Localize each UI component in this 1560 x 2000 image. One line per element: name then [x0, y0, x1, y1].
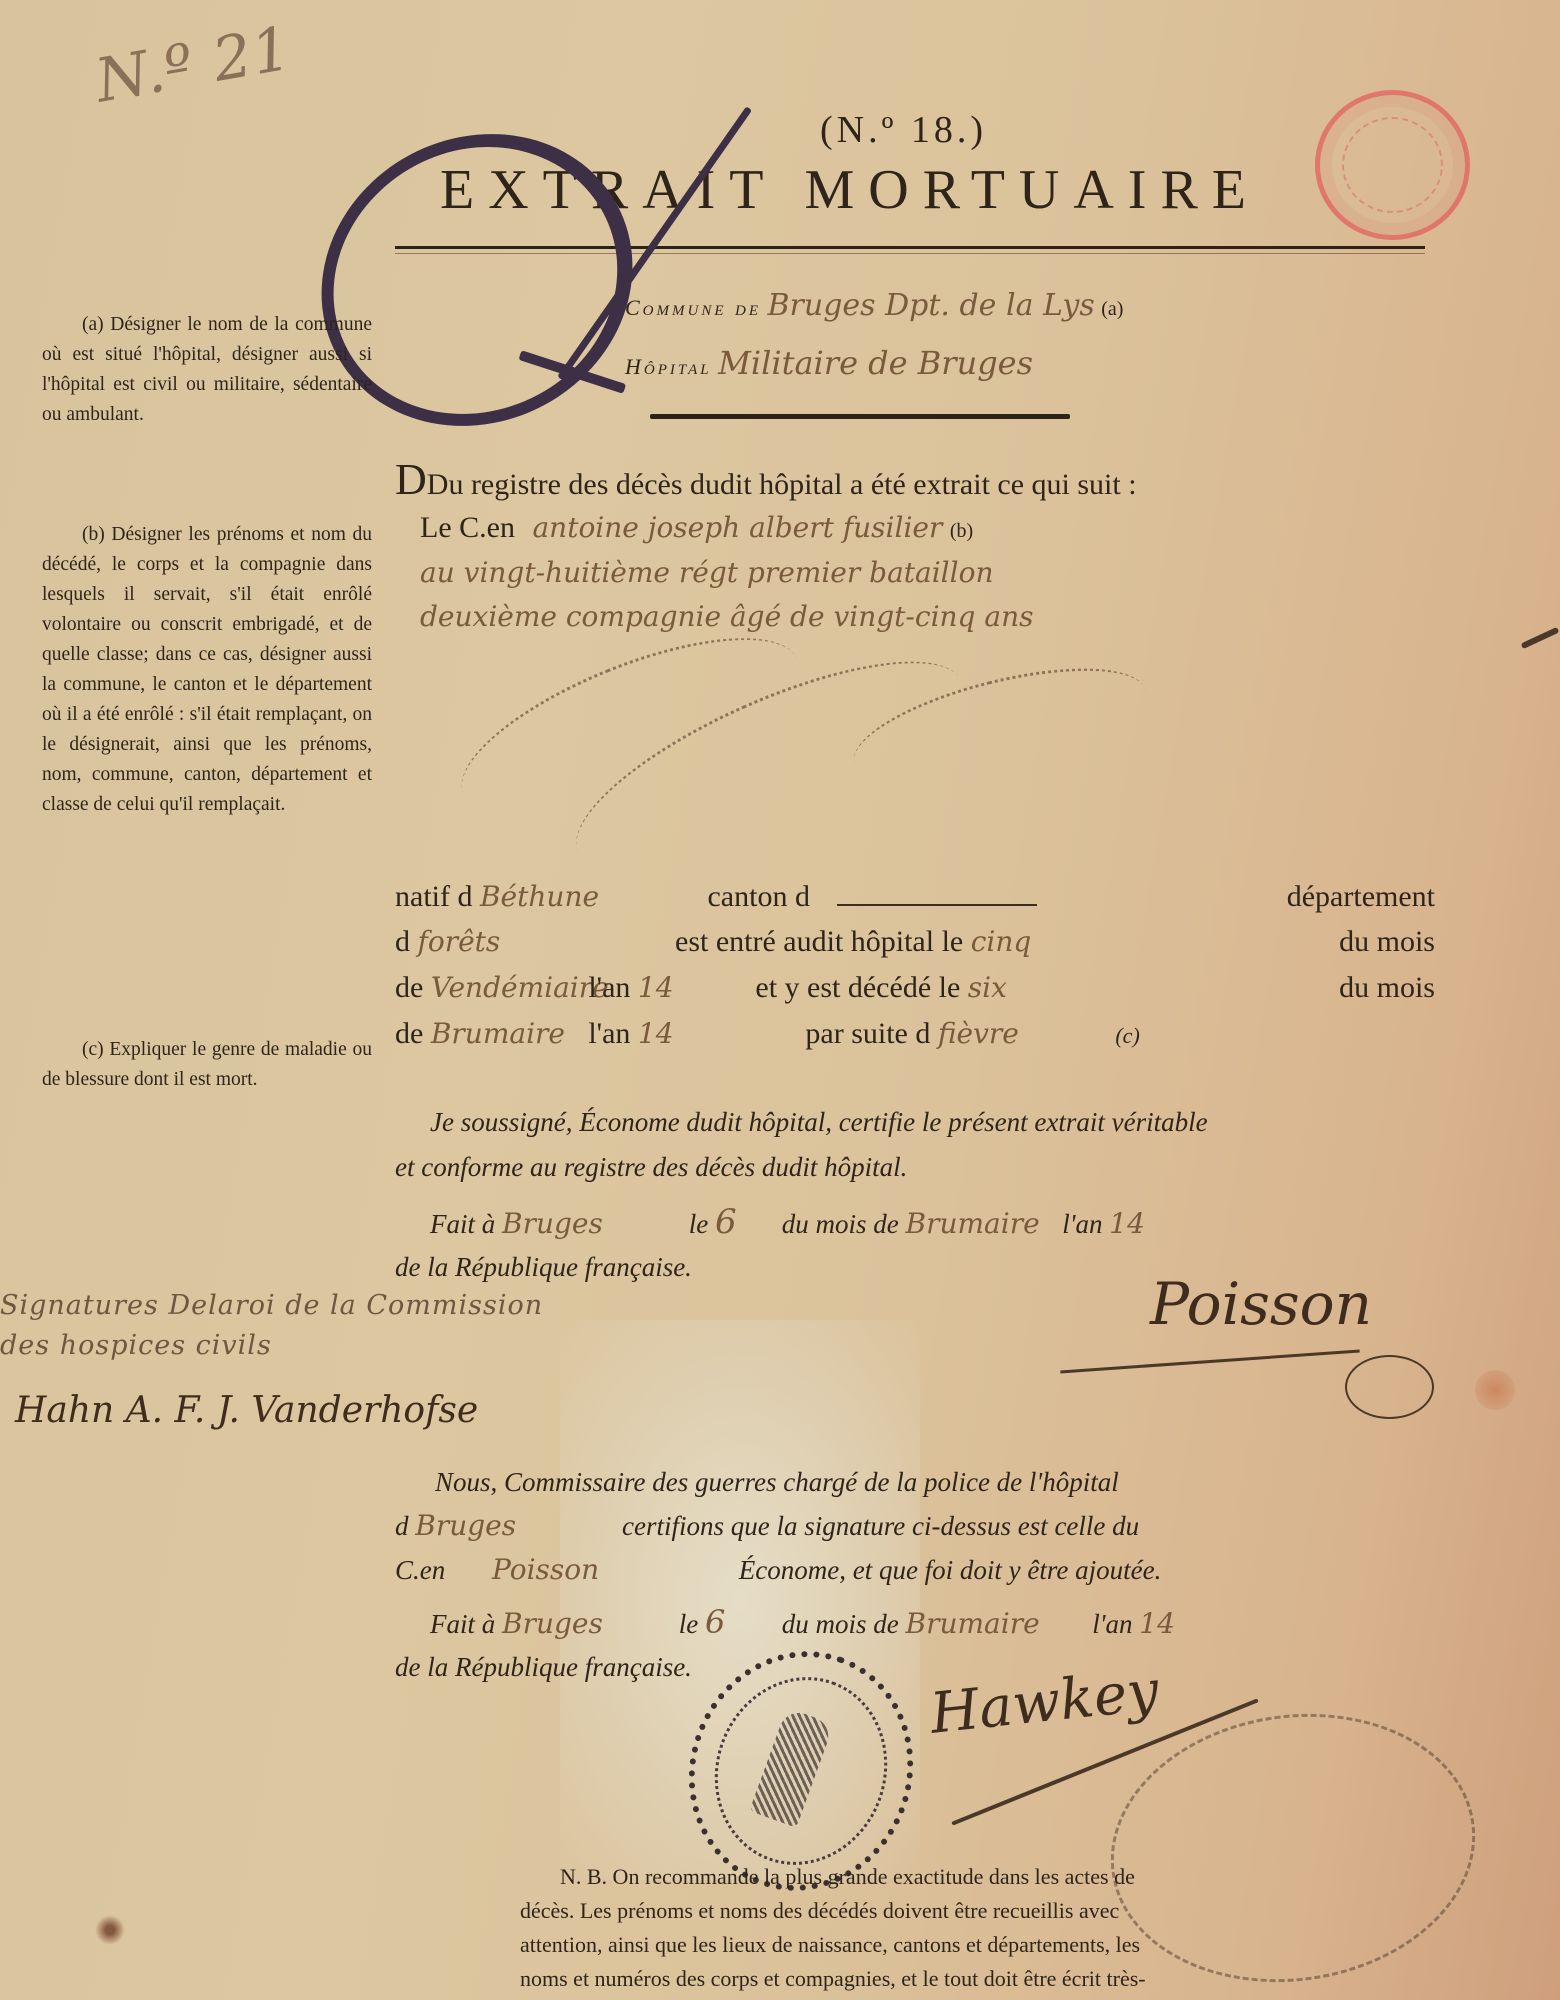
signature-loop [1345, 1355, 1434, 1419]
footnote-line-2: décès. Les prénoms et noms des décédés d… [520, 1894, 1440, 1928]
commissaire-place: Bruges [502, 1602, 672, 1646]
margin-ink-mark [1521, 627, 1560, 649]
canton-value [837, 904, 1037, 906]
departement-value: forêts [418, 920, 638, 964]
commissaire-day: 6 [705, 1600, 775, 1644]
entry-row: d forêts est entré audit hôpital le cinq… [395, 920, 1435, 964]
death-day: six [968, 966, 1058, 1010]
commissaire-date-row: Fait à Bruges le 6 du mois de Brumaire l… [430, 1600, 1430, 1646]
ink-speck [95, 1915, 125, 1945]
footnote-line-1: N. B. On recommande la plus grande exact… [560, 1860, 1440, 1894]
paper-stain [1475, 1370, 1515, 1410]
certification-republic: de la République française. [395, 1245, 692, 1289]
entry-year: 14 [638, 966, 728, 1010]
commissaire-year: 14 [1139, 1607, 1175, 1640]
hopital-value: Militaire de Bruges [718, 344, 1033, 382]
footnote-line-3: attention, ainsi que les lieux de naissa… [520, 1928, 1440, 1962]
death-month: Brumaire [431, 1012, 581, 1056]
certification-month: Brumaire [906, 1202, 1056, 1246]
entry-month-row: de Vendémiaire l'an 14 et y est décédé l… [395, 966, 1435, 1010]
entry-day: cinq [971, 920, 1081, 964]
certification-day: 6 [715, 1200, 775, 1244]
footnote: N. B. On recommande la plus grande exact… [560, 1860, 1440, 1996]
citizen-name: antoine joseph albert fusilier [532, 511, 942, 544]
econome-signature: Poisson [1150, 1270, 1372, 1338]
footnote-line-4: noms et numéros des corps et compagnies,… [520, 1962, 1440, 1996]
commissaire-month: Brumaire [906, 1602, 1086, 1646]
commission-signatures: Hahn A. F. J. Vanderhofse [15, 1390, 478, 1431]
commissaire-hospital: Bruges [415, 1504, 615, 1548]
citizen-row-2: au vingt-huitième régt premier bataillon [420, 556, 993, 589]
citizen-row-3: deuxième compagnie âgé de vingt-cinq ans [420, 600, 1033, 633]
commissaire-econome-name: Poisson [492, 1548, 732, 1592]
commune-label: Commune de [625, 295, 761, 320]
citizen-row-1: Le C.en antoine joseph albert fusilier (… [420, 506, 973, 553]
commission-annotation-line-1: Signatures Delaroi de la Commission [0, 1290, 543, 1321]
certification-year: 14 [1109, 1207, 1145, 1240]
sidebar-note-a: (a) Désigner le nom de la commune où est… [42, 310, 372, 430]
corner-annotation: N.º 21 [90, 13, 297, 116]
form-number: (N.º 18.) [820, 108, 987, 152]
certification-place: Bruges [502, 1202, 682, 1246]
certification-date-row: Fait à Bruges le 6 du mois de Brumaire l… [430, 1200, 1430, 1246]
hopital-label: Hôpital [625, 354, 712, 379]
citizen-note: (b) [950, 520, 973, 542]
commissaire-republic: de la République française. [395, 1645, 692, 1689]
sidebar-note-c: (c) Expliquer le genre de maladie ou de … [42, 1035, 372, 1095]
commune-note: (a) [1101, 298, 1123, 320]
death-month-row: de Brumaire l'an 14 par suite d fièvre (… [395, 1012, 1435, 1058]
certification-line-1: Je soussigné, Économe dudit hôpital, cer… [430, 1100, 1208, 1144]
birthplace-value: Béthune [480, 875, 660, 921]
hopital-row: Hôpital Militaire de Bruges [625, 344, 1033, 382]
birth-row: natif d Béthune canton d département [395, 875, 1435, 921]
commission-annotation-line-2: des hospices civils [0, 1330, 272, 1361]
death-year: 14 [638, 1012, 758, 1056]
commissaire-signature: Hawkey [927, 1658, 1161, 1747]
citizen-label: Le C.en [420, 511, 515, 544]
cause-of-death: fièvre [938, 1012, 1088, 1056]
entry-month: Vendémiaire [431, 966, 581, 1010]
commissaire-line-3: C.en Poisson Économe, et que foi doit y … [395, 1548, 1161, 1592]
certification-line-2: et conforme au registre des décès dudit … [395, 1145, 907, 1189]
red-stamp [1315, 90, 1470, 240]
commune-row: Commune de Bruges Dpt. de la Lys (a) [625, 288, 1123, 323]
commune-value: Bruges Dpt. de la Lys [768, 288, 1095, 323]
commissaire-line-2: d Bruges certifions que la signature ci-… [395, 1504, 1139, 1548]
red-stamp-inner-ring [1342, 117, 1443, 213]
header-divider [650, 414, 1070, 419]
sidebar-note-b: (b) Désigner les prénoms et nom du décéd… [42, 520, 372, 820]
commissaire-line-1: Nous, Commissaire des guerres chargé de … [435, 1460, 1119, 1504]
signature-underline [1060, 1350, 1359, 1374]
register-intro-text: Du registre des décès dudit hôpital a ét… [427, 468, 1137, 501]
register-intro: DDu registre des décès dudit hôpital a é… [395, 458, 1137, 507]
